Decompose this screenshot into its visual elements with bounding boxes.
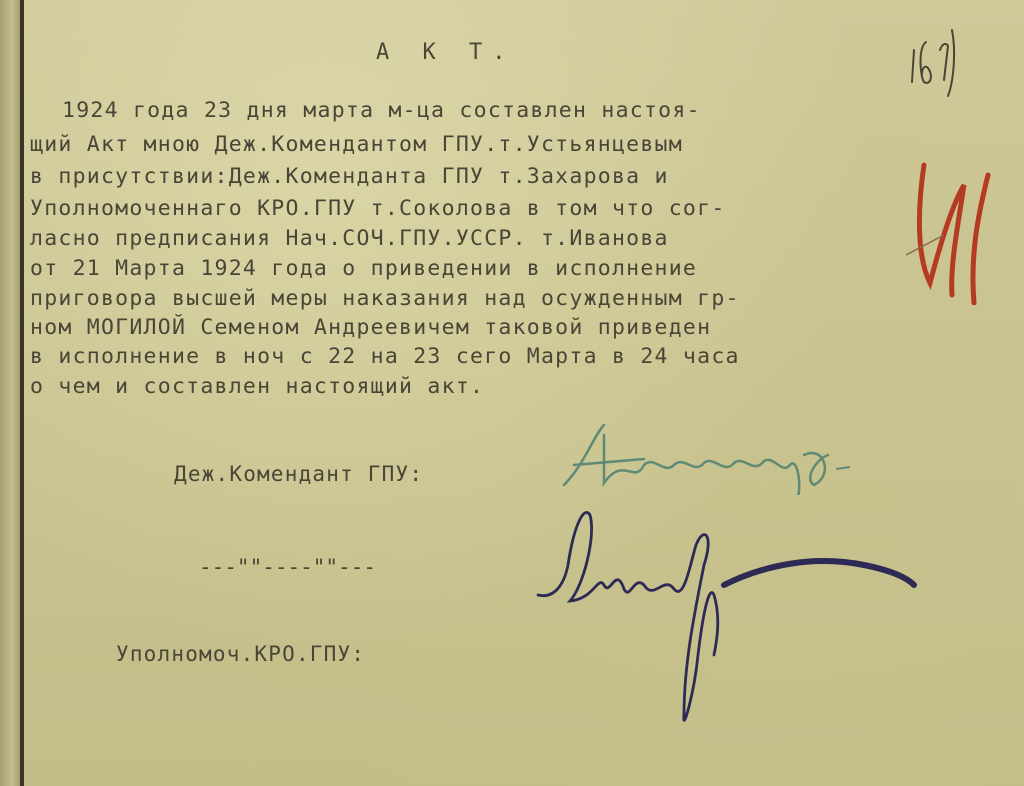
body-line: щий Акт мною Деж.Комендантом ГПУ.т.Устья… [30,132,683,157]
green-ink-signature [554,415,854,495]
body-line: в исполнение в ноч с 22 на 23 сего Марта… [30,344,740,369]
body-line: в присутствии:Деж.Коменданта ГПУ т.Захар… [30,164,669,189]
document-page: А К Т. 1924 года 23 дня марта м-ца соста… [24,0,1024,786]
red-pencil-mark [904,155,1004,305]
body-line: о чем и составлен настоящий акт. [30,374,484,399]
body-line: 1924 года 23 дня марта м-ца составлен на… [62,98,701,123]
body-line: ласно предписания Нач.СОЧ.ГПУ.УССР. т.Ив… [30,226,669,251]
document-title: А К Т. [376,40,515,65]
body-line: от 21 Марта 1924 года о приведении в исп… [30,256,697,281]
violet-ink-signature [534,505,954,735]
duty-commandant-label: Деж.Комендант ГПУ: [174,462,423,486]
authorized-kro-label: Уполномоч.КРО.ГПУ: [116,642,365,666]
body-line: ном МОГИЛОЙ Семеном Андреевичем таковой … [30,315,711,340]
binding-strip [0,0,20,786]
ditto-marks: ---""----""--- [199,555,376,579]
body-line: Уполномоченнаго КРО.ГПУ т.Соколова в том… [30,196,726,221]
handwritten-page-number [904,20,964,100]
body-line: приговора высшей меры наказания над осуж… [30,286,740,311]
